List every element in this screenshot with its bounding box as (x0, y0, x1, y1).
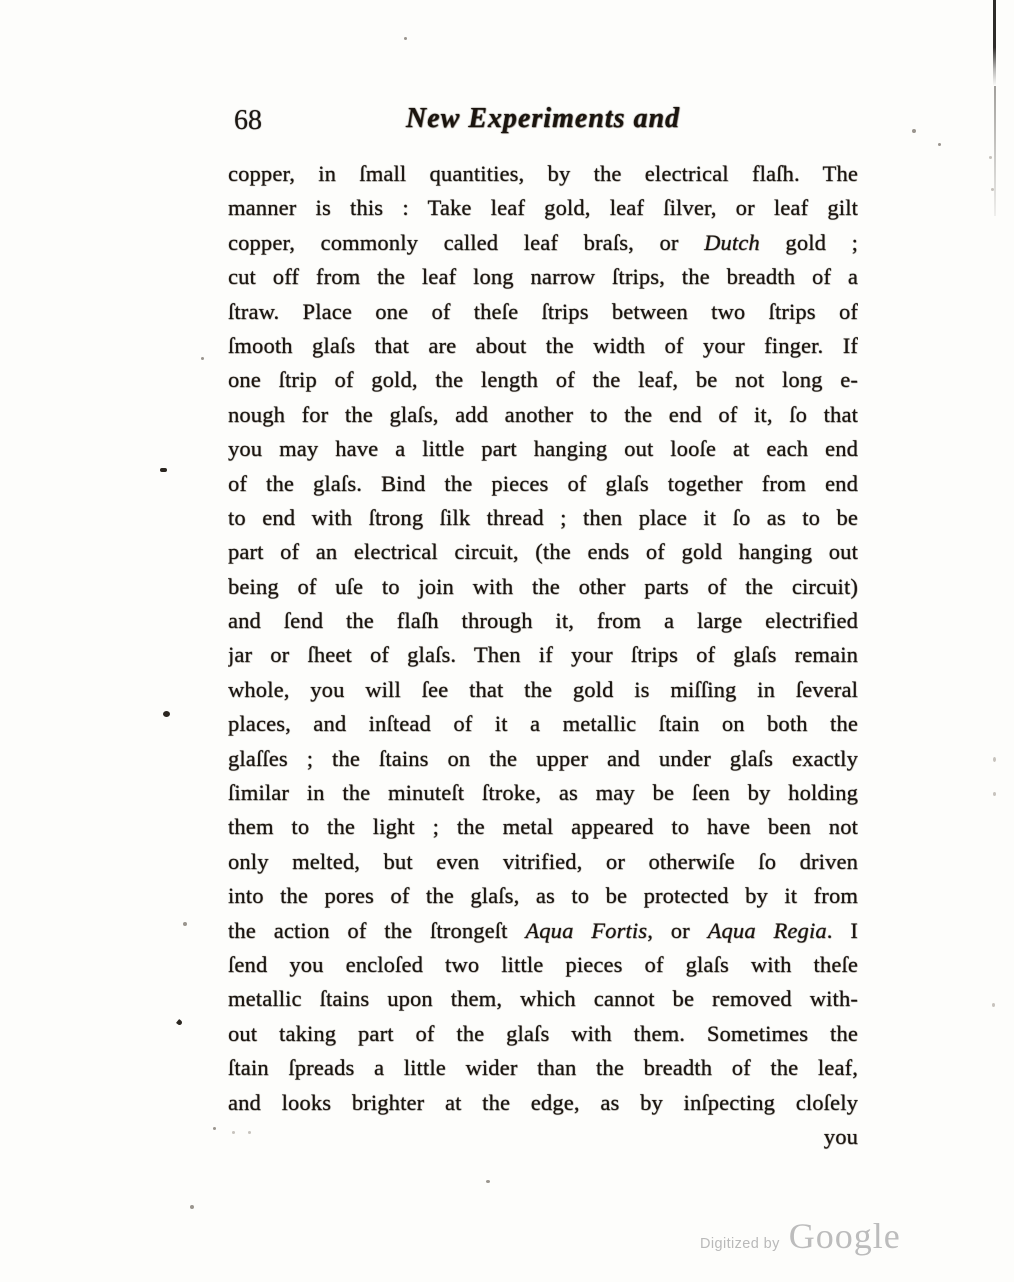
digitized-by-label: Digitized by (700, 1236, 780, 1252)
text-line: the action of the ſtrongeſt Aqua Fortis,… (228, 914, 858, 948)
scan-speck (183, 922, 187, 926)
text-line: places, and inſtead of it a metallic ſta… (228, 707, 858, 741)
page-header: 68 New Experiments and (228, 103, 858, 145)
text-line: to end with ſtrong ſilk thread ; then pl… (228, 501, 858, 535)
book-page: 68 New Experiments and copper, in ſmall … (0, 0, 1014, 1282)
scan-speck (190, 1205, 194, 1209)
text-line: them to the light ; the metal appeared t… (228, 810, 858, 844)
text-line: metallic ſtains upon them, which cannot … (228, 982, 858, 1016)
running-head-title: New Experiments and (228, 103, 858, 135)
scan-speck (989, 156, 992, 159)
catchword: you (228, 1120, 858, 1154)
text-line: and ſend the flaſh through it, from a la… (228, 604, 858, 638)
text-line: copper, commonly called leaf braſs, or D… (228, 226, 858, 260)
scan-speck (163, 711, 170, 717)
text-line: ſmooth glaſs that are about the width of… (228, 329, 858, 363)
scan-speck (160, 468, 167, 472)
text-line: whole, you will ſee that the gold is miſ… (228, 673, 858, 707)
scan-speck (912, 129, 916, 133)
text-line: ſtraw. Place one of theſe ſtrips between… (228, 295, 858, 329)
scan-speck (201, 357, 204, 360)
watermark: Digitized by Google (700, 1218, 901, 1254)
scan-speck (404, 37, 407, 40)
scan-speck (213, 1127, 216, 1130)
text-line: part of an electrical circuit, (the ends… (228, 535, 858, 569)
text-line: and looks brighter at the edge, as by in… (228, 1086, 858, 1120)
scan-speck (993, 792, 996, 796)
scan-speck (232, 1131, 235, 1134)
text-line: into the pores of the glaſs, as to be pr… (228, 879, 858, 913)
text-line: ſimilar in the minuteſt ſtroke, as may b… (228, 776, 858, 810)
text-line: copper, in ſmall quantities, by the elec… (228, 157, 858, 191)
text-line: of the glaſs. Bind the pieces of glaſs t… (228, 467, 858, 501)
text-line: cut off from the leaf long narrow ſtrips… (228, 260, 858, 294)
scan-speck (248, 1131, 251, 1134)
scan-speck (991, 188, 994, 191)
text-line: ſend you encloſed two little pieces of g… (228, 948, 858, 982)
scan-speck (486, 1180, 490, 1183)
scan-speck (176, 1019, 183, 1026)
text-line: ſtain ſpreads a little wider than the br… (228, 1051, 858, 1085)
text-line: only melted, but even vitrified, or othe… (228, 845, 858, 879)
scan-edge-dribble (994, 86, 996, 216)
scan-speck (938, 143, 941, 146)
scan-speck (993, 757, 996, 762)
page-text: copper, in ſmall quantities, by the elec… (228, 157, 858, 1154)
google-logo: Google (789, 1218, 901, 1254)
text-line: you may have a little part hanging out l… (228, 432, 858, 466)
scan-speck (992, 1003, 995, 1007)
text-line: being of uſe to join with the other part… (228, 570, 858, 604)
text-line: out taking part of the glaſs with them. … (228, 1017, 858, 1051)
text-line: one ſtrip of gold, the length of the lea… (228, 363, 858, 397)
text-line: nough for the glaſs, add another to the … (228, 398, 858, 432)
scan-edge-line (993, 0, 996, 86)
text-line: glaſſes ; the ſtains on the upper and un… (228, 742, 858, 776)
text-line: manner is this : Take leaf gold, leaf ſi… (228, 191, 858, 225)
body-lines: copper, in ſmall quantities, by the elec… (228, 157, 858, 1120)
text-line: jar or ſheet of glaſs. Then if your ſtri… (228, 638, 858, 672)
